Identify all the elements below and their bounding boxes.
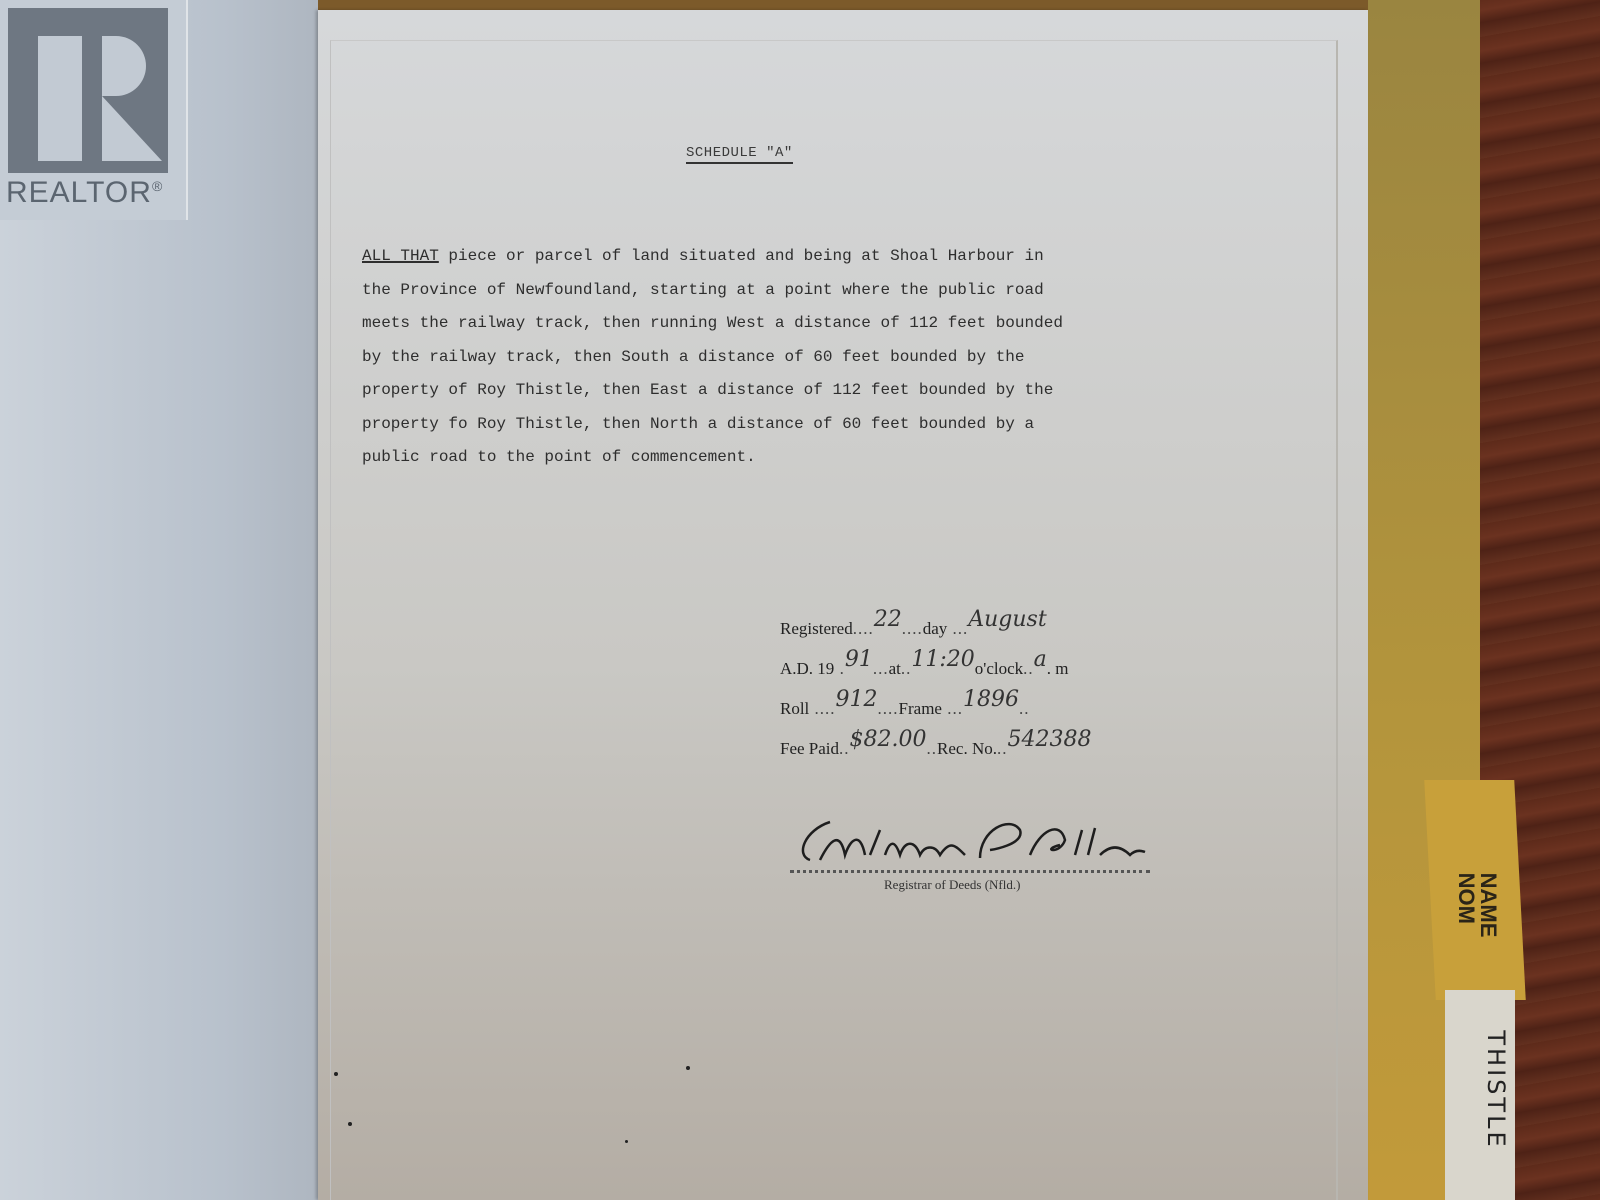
registered-time: 11:20 xyxy=(911,647,974,672)
roll-number: 912 xyxy=(836,687,878,712)
description-line: property of Roy Thistle, then East a dis… xyxy=(362,374,1182,408)
signature-line xyxy=(790,870,1150,873)
folder-name-value: THISTLE xyxy=(1470,1030,1510,1150)
paper-spot xyxy=(686,1066,690,1070)
registered-row: Registered....22....day ...August xyxy=(780,615,1180,655)
registration-stamp: Registered....22....day ...August A.D. 1… xyxy=(780,615,1180,775)
paper-spot xyxy=(348,1122,352,1126)
realtor-logo-text: REALTOR® xyxy=(6,176,163,210)
description-line: the Province of Newfoundland, starting a… xyxy=(362,274,1182,308)
paper-spot xyxy=(625,1140,628,1143)
registrar-signature-icon xyxy=(790,810,1150,870)
receipt-number: 542388 xyxy=(1007,727,1091,752)
legal-description: ALL THAT piece or parcel of land situate… xyxy=(362,240,1182,475)
fee-rec-row: Fee Paid..$82.00..Rec. No...542388 xyxy=(780,735,1180,775)
description-line: public road to the point of commencement… xyxy=(362,441,1182,475)
fee-amount: $82.00 xyxy=(850,727,927,752)
description-line: property fo Roy Thistle, then North a di… xyxy=(362,408,1182,442)
description-line: ALL THAT piece or parcel of land situate… xyxy=(362,240,1182,274)
document-title: SCHEDULE "A" xyxy=(686,145,793,164)
registered-day: 22 xyxy=(874,607,902,632)
realtor-logo-icon xyxy=(8,8,168,173)
folder-tab-label: NAME NOM xyxy=(1437,870,1517,940)
registered-month: August xyxy=(968,607,1046,632)
frame-number: 1896 xyxy=(963,687,1019,712)
registered-ampm: a xyxy=(1034,647,1047,672)
description-line: meets the railway track, then running We… xyxy=(362,307,1182,341)
description-line: by the railway track, then South a dista… xyxy=(362,341,1182,375)
registered-year: 91 xyxy=(845,647,873,672)
realtor-watermark: REALTOR® xyxy=(0,0,188,220)
registrar-title: Registrar of Deeds (Nfld.) xyxy=(884,877,1020,893)
roll-frame-row: Roll ....912....Frame ...1896.. xyxy=(780,695,1180,735)
lead-phrase: ALL THAT xyxy=(362,247,439,265)
paper-spot xyxy=(334,1072,338,1076)
